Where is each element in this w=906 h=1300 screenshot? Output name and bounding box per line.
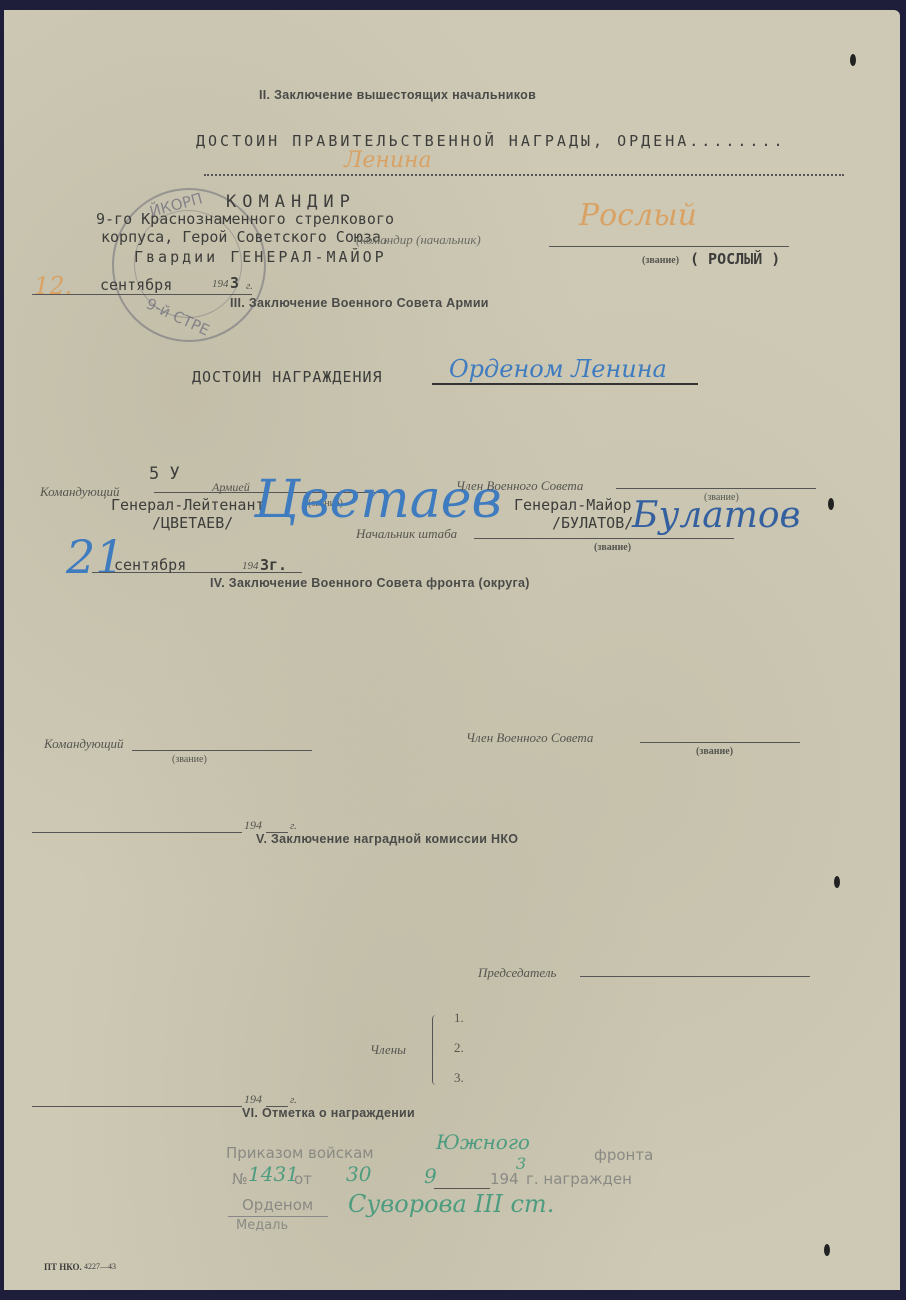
front-council-member-label: Член Военного Совета	[466, 730, 593, 746]
date-year-suffix: 3г.	[260, 556, 287, 574]
commander-caption: (командир (начальник)	[356, 232, 481, 248]
council-name: /БУЛАТОВ/	[552, 514, 633, 532]
commander-rank: Гвардии ГЕНЕРАЛ-МАЙОР	[134, 248, 387, 266]
member-3: 3.	[454, 1070, 464, 1086]
commander-rank: Генерал-Лейтенант	[111, 496, 265, 514]
section-2-heading: II. Заключение вышестоящих начальников	[259, 88, 536, 102]
award-sheet-page: II. Заключение вышестоящих начальников Д…	[4, 10, 900, 1290]
decision-handwritten: Орденом Ленина	[449, 355, 667, 383]
members-label: Члены	[370, 1042, 406, 1058]
front-council-rank-caption: (звание)	[696, 746, 733, 757]
front-date-year: 194	[244, 818, 262, 833]
commander-title: КОМАНДИР	[226, 192, 356, 212]
order-day: 30	[346, 1162, 371, 1186]
army-number: 5 У	[149, 464, 180, 484]
member-1: 1.	[454, 1010, 464, 1026]
date-g: г.	[246, 280, 253, 292]
order-month: 9	[424, 1164, 437, 1188]
army-commander-label: Командующий	[40, 484, 120, 500]
commission-date-year: 194	[244, 1092, 262, 1107]
corps-hero-line: корпуса, Герой Советского Союза,	[101, 228, 390, 246]
corps-name-line: 9-го Краснознаменного стрелкового	[96, 210, 394, 228]
dotted-line	[204, 174, 844, 176]
award-recommendation-line: ДОСТОИН ПРАВИТЕЛЬСТВЕННОЙ НАГРАДЫ, ОРДЕН…	[196, 132, 786, 150]
award-handwritten-lenin: Ленина	[344, 148, 432, 173]
front-commander-label: Командующий	[44, 736, 124, 752]
members-brace	[432, 1015, 443, 1085]
council-rank: Генерал-Майор	[514, 496, 631, 514]
order-year-suffix: 3	[516, 1154, 526, 1173]
date-year-prefix: 194	[242, 560, 259, 572]
chief-rank-caption: (звание)	[594, 542, 631, 553]
order-year: 194	[490, 1170, 519, 1188]
order-suvorov-handwritten: Суворова III ст.	[348, 1190, 554, 1218]
front-handwritten: Южного	[436, 1130, 530, 1154]
member-2: 2.	[454, 1040, 464, 1056]
decision-label: ДОСТОИН НАГРАЖДЕНИЯ	[192, 368, 383, 386]
chief-of-staff-label: Начальник штаба	[356, 526, 457, 542]
section-5-heading: V. Заключение наградной комиссии НКО	[256, 832, 518, 846]
commission-date-g: г.	[290, 1094, 297, 1106]
front-date-g: г.	[290, 820, 297, 832]
chairman-label: Председатель	[478, 965, 556, 981]
form-number: 4227—43	[84, 1262, 116, 1271]
form-code: ПТ НКО.	[44, 1262, 82, 1272]
front-commander-rank-caption: (звание)	[172, 754, 207, 765]
signature-roslyi: Рослый	[579, 198, 697, 233]
paper-blemish	[834, 876, 840, 888]
section-4-heading: IV. Заключение Военного Совета фронта (о…	[210, 576, 530, 590]
order-print: Приказом войскам	[226, 1144, 374, 1162]
order-number: 1431	[248, 1162, 299, 1186]
date-year-prefix: 194	[212, 278, 229, 290]
front-suffix: фронта	[594, 1146, 653, 1164]
order-awarded: г. награжден	[526, 1170, 632, 1188]
medal-label: Медаль	[236, 1218, 288, 1233]
order-number-prefix: №	[232, 1170, 248, 1188]
paper-blemish	[828, 498, 834, 510]
order-label: Орденом	[242, 1196, 313, 1214]
commander-name: ( РОСЛЫЙ )	[690, 250, 780, 268]
order-from: от	[294, 1170, 312, 1188]
section-3-heading: III. Заключение Военного Совета Армии	[230, 296, 489, 310]
signature-bulatov: Булатов	[632, 495, 801, 536]
council-member-label: Член Военного Совета	[456, 478, 583, 494]
paper-blemish	[824, 1244, 830, 1256]
date-day: 12.	[34, 272, 72, 300]
commander-name: /ЦВЕТАЕВ/	[152, 514, 233, 532]
date-year-suffix: 3	[230, 274, 239, 292]
date-month: сентября	[114, 556, 186, 574]
paper-blemish	[850, 54, 856, 66]
signature-line	[549, 246, 789, 247]
rank-caption: (звание)	[642, 255, 679, 266]
date-month: сентября	[100, 276, 172, 294]
section-6-heading: VI. Отметка о награждении	[242, 1106, 415, 1120]
